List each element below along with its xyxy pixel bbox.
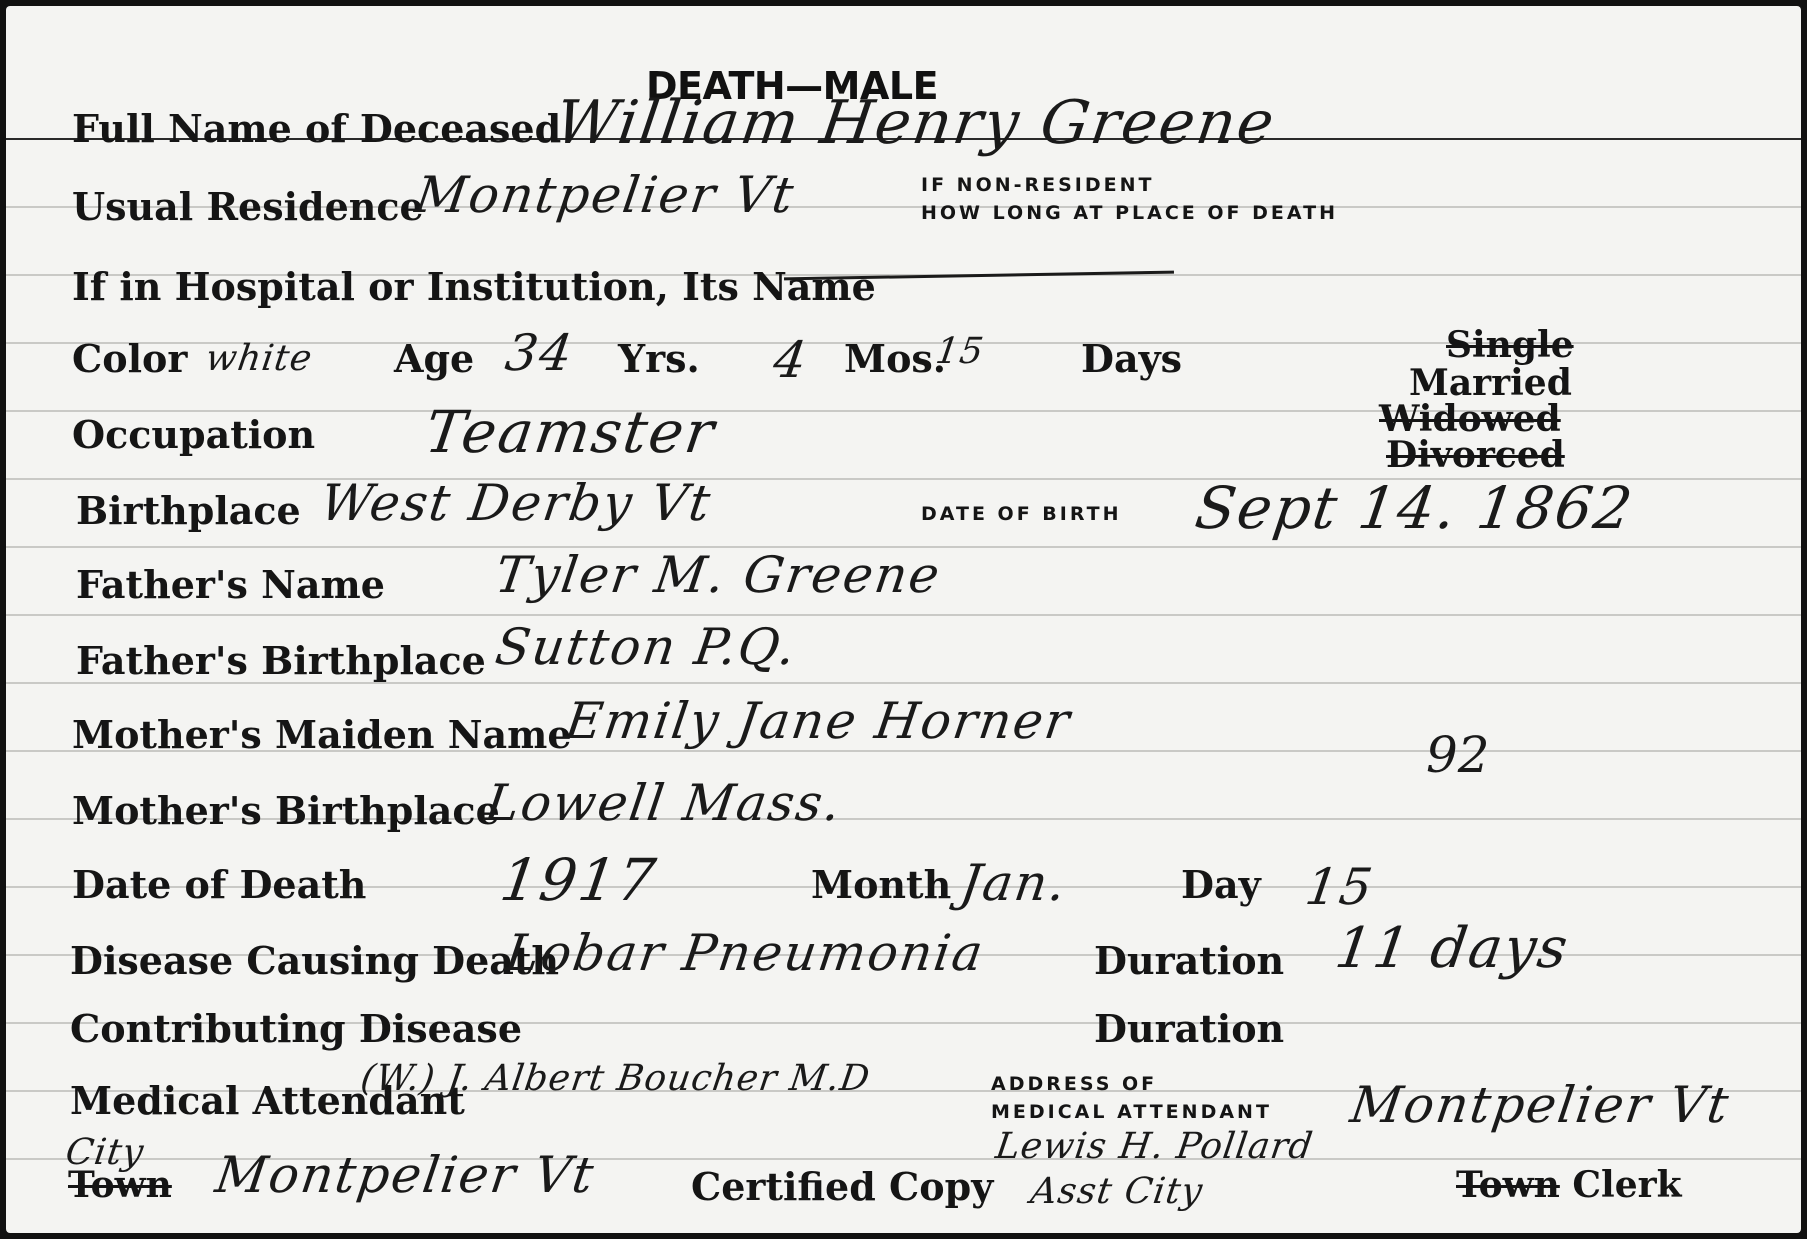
- value-disease: Lobar Pneumonia: [502, 924, 988, 982]
- label-date-of-death: Date of Death: [72, 862, 366, 907]
- value-full-name: William Henry Greene: [551, 88, 1280, 158]
- label-usual-residence: Usual Residence: [72, 184, 424, 229]
- ruled-line: [6, 614, 1801, 616]
- label-hospital: If in Hospital or Institution, Its Name: [72, 264, 876, 309]
- label-birthplace: Birthplace: [76, 488, 301, 533]
- value-town: Montpelier Vt: [212, 1146, 599, 1204]
- marital-single: Single: [1446, 324, 1574, 366]
- label-occupation: Occupation: [72, 412, 315, 457]
- label-date-of-birth: DATE OF BIRTH: [921, 500, 1122, 528]
- label-non-resident-1: IF NON-RESIDENT: [921, 171, 1154, 199]
- label-town: Town: [68, 1164, 172, 1206]
- value-mothers-birthplace: Lowell Mass.: [482, 774, 846, 832]
- label-town-clerk-clerk: Clerk: [1572, 1164, 1681, 1206]
- label-fathers-name: Father's Name: [76, 562, 385, 607]
- label-disease: Disease Causing Death: [70, 938, 559, 983]
- value-duration: 11 days: [1331, 916, 1573, 981]
- value-clerk-signature: Lewis H. Pollard: [993, 1126, 1316, 1167]
- value-mothers-maiden-name: Emily Jane Horner: [562, 692, 1075, 750]
- label-mothers-maiden-name: Mother's Maiden Name: [72, 712, 572, 757]
- value-color: white: [203, 338, 315, 379]
- label-contributing-disease: Contributing Disease: [70, 1006, 522, 1051]
- value-birthplace: West Derby Vt: [317, 474, 716, 532]
- value-attendant-address: Montpelier Vt: [1347, 1076, 1734, 1134]
- value-age-days: 15: [933, 331, 987, 372]
- label-duration: Duration: [1094, 938, 1284, 983]
- label-fathers-birthplace: Father's Birthplace: [76, 638, 486, 683]
- label-duration-2: Duration: [1094, 1006, 1284, 1051]
- label-town-clerk: Town Clerk: [1456, 1164, 1682, 1206]
- label-yrs: Yrs.: [618, 336, 700, 381]
- label-non-resident-2: HOW LONG AT PLACE OF DEATH: [921, 199, 1338, 227]
- value-fathers-name: Tyler M. Greene: [492, 546, 945, 604]
- value-age-months: 4: [770, 331, 812, 389]
- label-full-name: Full Name of Deceased: [72, 106, 561, 151]
- margin-note: 92: [1426, 726, 1490, 784]
- value-death-month: Jan.: [957, 854, 1071, 912]
- label-color: Color: [72, 336, 187, 381]
- value-fathers-birthplace: Sutton P.Q.: [492, 618, 801, 676]
- label-town-clerk-town: Town: [1456, 1164, 1560, 1206]
- value-clerk-title: Asst City: [1028, 1171, 1205, 1212]
- label-address-2: MEDICAL ATTENDANT: [991, 1098, 1272, 1126]
- value-medical-attendant: (W.) J. Albert Boucher M.D: [358, 1058, 873, 1099]
- value-death-year: 1917: [496, 846, 661, 914]
- value-date-of-birth: Sept 14. 1862: [1191, 474, 1638, 542]
- label-certified-copy: Certified Copy: [691, 1164, 993, 1209]
- death-record-card: DEATH—MALE Full Name of Deceased William…: [6, 6, 1801, 1233]
- value-usual-residence: Montpelier Vt: [412, 166, 799, 224]
- label-age: Age: [394, 336, 474, 381]
- value-age-years: 34: [502, 324, 578, 382]
- label-mothers-birthplace: Mother's Birthplace: [72, 788, 500, 833]
- label-days: Days: [1081, 336, 1182, 381]
- label-mos: Mos.: [844, 336, 946, 381]
- value-death-day: 15: [1302, 858, 1378, 916]
- marital-divorced: Divorced: [1386, 434, 1565, 476]
- label-day: Day: [1181, 862, 1261, 907]
- label-address-1: ADDRESS OF: [991, 1070, 1157, 1098]
- label-month: Month: [811, 862, 951, 907]
- value-occupation: Teamster: [421, 398, 720, 466]
